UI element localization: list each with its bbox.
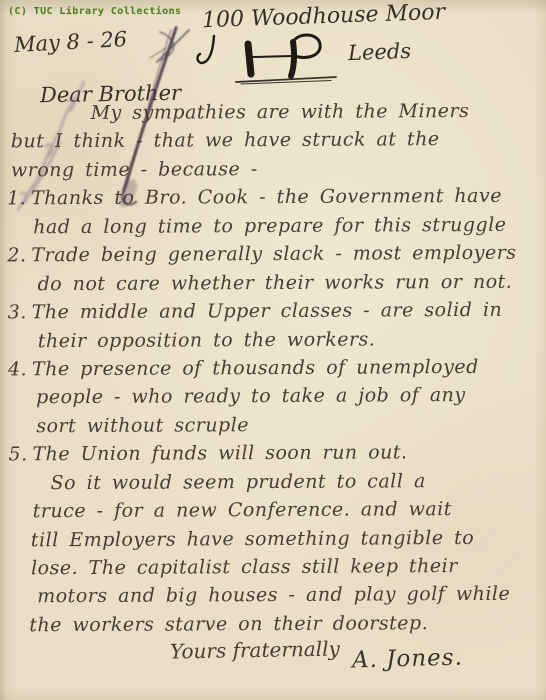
letter-line: people - who ready to take a job of any (0, 381, 546, 412)
letter-line: had a long time to prepare for this stru… (0, 210, 545, 241)
letter-line: My sympathies are with the Miners (0, 97, 545, 128)
list-number: 5. (8, 441, 32, 470)
letter-line: 5.The Union funds will soon run out. (0, 438, 546, 469)
letter-line: truce - for a new Conference. and wait (1, 495, 546, 526)
letter-line: sort without scruple (0, 409, 546, 440)
letter-line: till Employers have something tangible t… (1, 523, 546, 554)
letter-line: motors and big houses - and play golf wh… (1, 580, 546, 611)
letter-line-text: Trade being generally slack - most emplo… (31, 242, 516, 267)
letter-page: (C) TUC Library Collections 100 Woodhous… (0, 0, 546, 700)
list-number: 3. (8, 298, 32, 327)
list-number: 2. (7, 241, 31, 270)
letter-line-text: Thanks to Bro. Cook - the Government hav… (31, 185, 502, 209)
letter-line-text: The middle and Upper classes - are solid… (32, 299, 503, 323)
town-line: Leeds (348, 39, 412, 65)
signature: A. Jones. (352, 645, 463, 674)
letter-line: lose. The capitalist class still keep th… (1, 552, 546, 583)
letter-line: wrong time - because - (0, 153, 545, 184)
letter-line: do not care whether their works run or n… (0, 267, 546, 298)
list-number: 4. (8, 355, 32, 384)
letter-body: My sympathies are with the Miners but I … (0, 97, 546, 640)
letter-line: So it would seem prudent to call a (1, 466, 546, 497)
letter-line: 3.The middle and Upper classes - are sol… (0, 296, 546, 327)
archive-watermark: (C) TUC Library Collections (8, 6, 181, 17)
letter-line: but I think - that we have struck at the (0, 125, 545, 156)
letter-line: 1.Thanks to Bro. Cook - the Government h… (0, 182, 545, 213)
letter-line: 2.Trade being generally slack - most emp… (0, 239, 545, 270)
letter-line-text: The presence of thousands of unemployed (32, 356, 479, 380)
valediction: Yours fraternally (170, 637, 340, 664)
letter-line: the workers starve on their doorstep. (1, 608, 546, 639)
letter-line: 4.The presence of thousands of unemploye… (0, 353, 546, 384)
letter-line: their opposition to the workers. (0, 324, 546, 355)
monogram-underline (236, 74, 340, 86)
letter-line-text: The Union funds will soon run out. (32, 442, 407, 466)
list-number: 1. (7, 185, 31, 214)
address-line: 100 Woodhouse Moor (202, 0, 446, 33)
date-line: May 8 - 26 (13, 27, 127, 57)
